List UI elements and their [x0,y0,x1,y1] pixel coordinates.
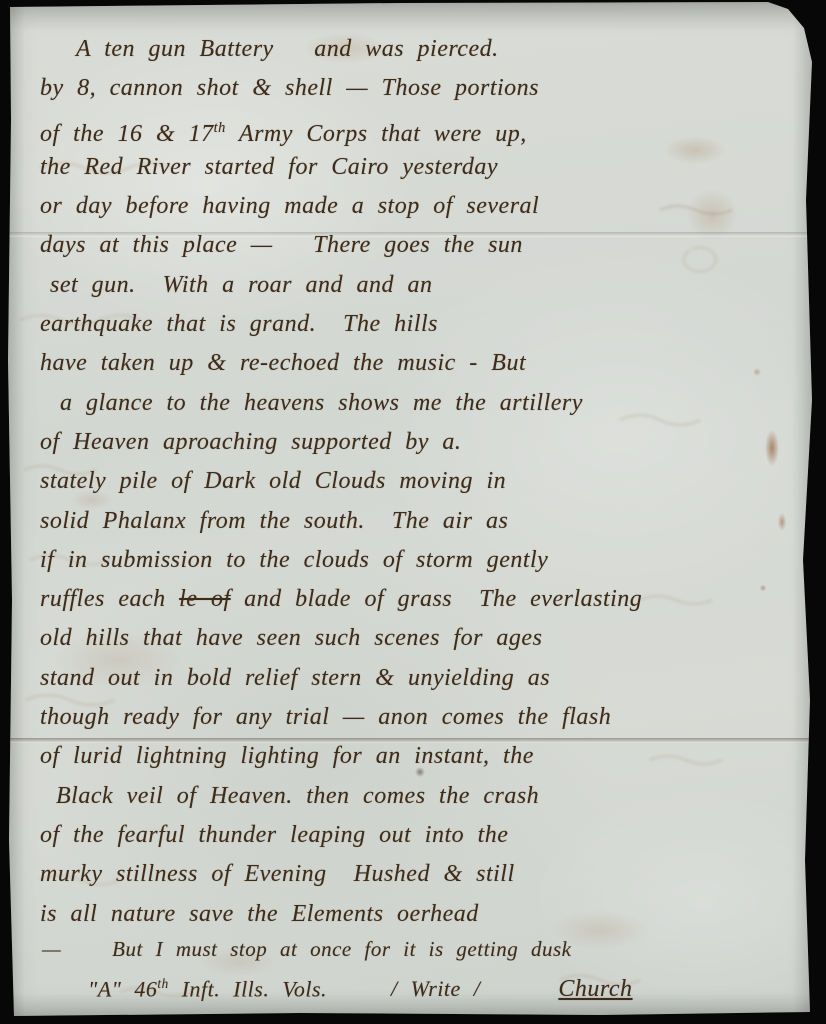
letter-line: solid Phalanx from the south. The air as [40,502,798,541]
letter-line: of lurid lightning lighting for an insta… [40,737,798,776]
closing-row: "A" 46th Inft. Ills. Vols. / Write / Chu… [40,965,798,1003]
letter-line: earthquake that is grand. The hills [40,305,798,344]
letter-page: A ten gun Battery and was pierced.by 8, … [0,0,826,1024]
letter-line: if in submission to the clouds of storm … [40,541,798,580]
letter-line: stately pile of Dark old Clouds moving i… [40,462,798,501]
letter-line: set gun. With a roar and and an [40,266,798,305]
letter-text: A ten gun Battery and was pierced.by 8, … [40,30,798,1003]
letter-line: murky stillness of Evening Hushed & stil… [40,855,798,894]
letter-line: A ten gun Battery and was pierced. [40,30,798,69]
letter-line: or day before having made a stop of seve… [40,187,798,226]
letter-line: of the fearful thunder leaping out into … [40,816,798,855]
letter-line: old hills that have seen such scenes for… [40,619,798,658]
letter-line: of Heaven aproaching supported by a. [40,423,798,462]
letter-line: is all nature save the Elements oerhead [40,895,798,934]
write-request: / Write / [391,970,480,1008]
letter-line: days at this place — There goes the sun [40,226,798,265]
letter-line: Black veil of Heaven. then comes the cra… [40,777,798,816]
letter-line: a glance to the heavens shows me the art… [40,384,798,423]
letter-line: by 8, cannon shot & shell — Those portio… [40,69,798,108]
letter-line: of the 16 & 17th Army Corps that were up… [40,109,798,148]
letter-scan: A ten gun Battery and was pierced.by 8, … [0,0,826,1024]
letter-line: ruffles each le of and blade of grass Th… [40,580,798,619]
letter-line: stand out in bold relief stern & unyield… [40,659,798,698]
letter-line: though ready for any trial — anon comes … [40,698,798,737]
letter-line: have taken up & re-echoed the music - Bu… [40,344,798,383]
letter-line: the Red River started for Cairo yesterda… [40,148,798,187]
letter-line: — But I must stop at once for it is gett… [40,934,798,965]
signature: Church [558,970,632,1008]
letter-lines: A ten gun Battery and was pierced.by 8, … [40,30,798,965]
unit-designation: "A" 46th Inft. Ills. Vols. [88,965,327,1008]
